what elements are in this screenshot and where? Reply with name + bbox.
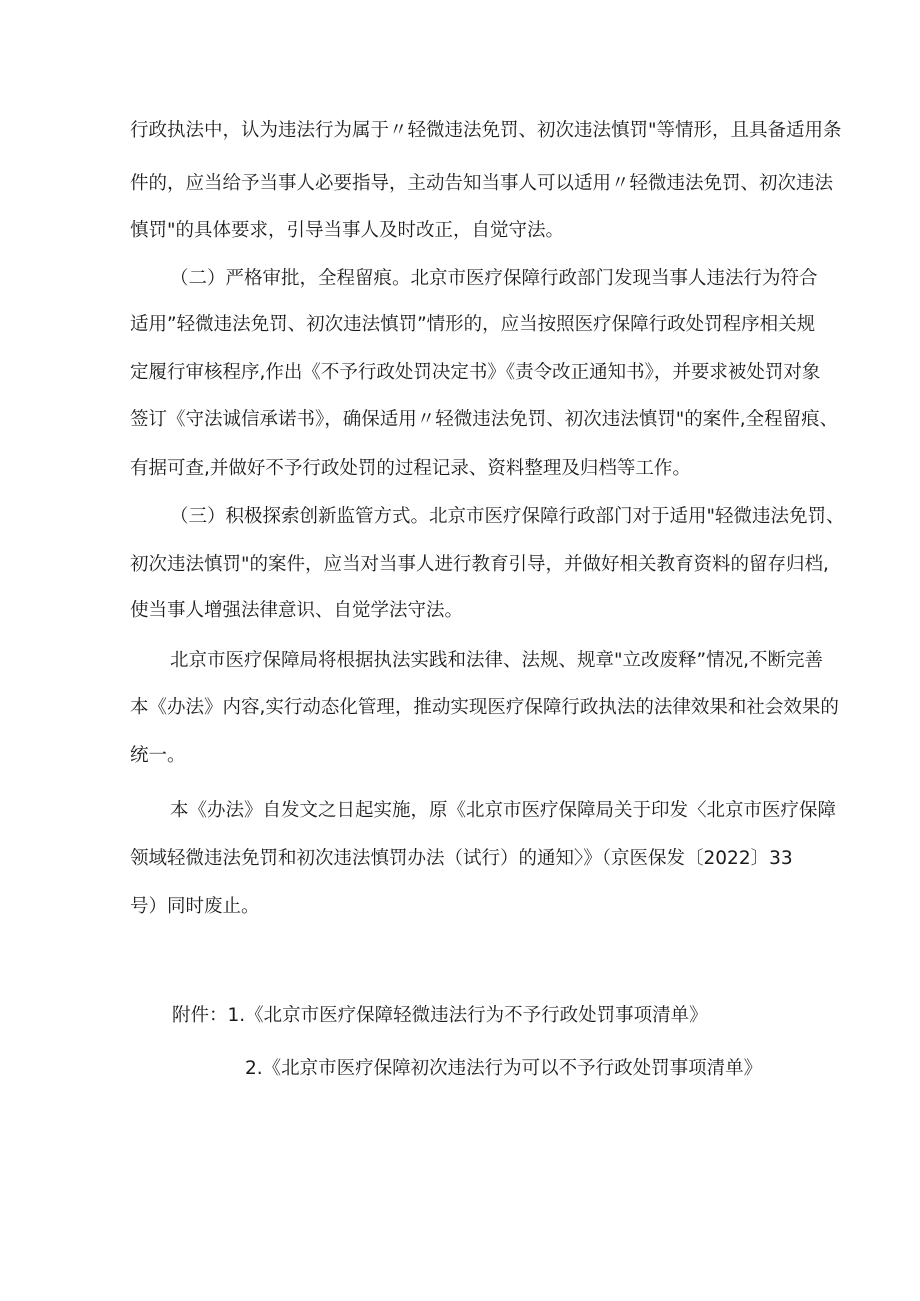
text-line: 件的，应当给予当事人必要指导，主动告知当事人可以适用〃轻微违法免罚、初次违法 xyxy=(130,171,794,197)
text-line: 使当事人增强法律意识、自觉学法守法。 xyxy=(130,598,794,624)
text-line: 适用”轻微违法免罚、初次违法慎罚”情形的，应当按照医疗保障行政处罚程序相关规 xyxy=(130,312,794,338)
text-line: 领域轻微违法免罚和初次违法慎罚办法（试行）的通知〉》（京医保发〔2022〕33 xyxy=(130,846,794,872)
text-line: 本《办法》自发文之日起实施，原《北京市医疗保障局关于印发〈北京市医疗保障 xyxy=(170,798,794,824)
section-heading-line: （二）严格审批，全程留痕。北京市医疗保障行政部门发现当事人违法行为符合 xyxy=(170,266,794,292)
section-heading-line: （三）积极探索创新监管方式。北京市医疗保障行政部门对于适用"轻微违法免罚、 xyxy=(170,504,794,530)
text-line: 签订《守法诚信承诺书》，确保适用〃轻微违法免罚、初次违法慎罚"的案件,全程留痕、 xyxy=(130,407,794,433)
text-line: 定履行审核程序,作出《不予行政处罚决定书》《责令改正通知书》，并要求被处罚对象 xyxy=(130,360,794,386)
attachment-item-2: 2.《北京市医疗保障初次违法行为可以不予行政处罚事项清单》 xyxy=(245,1056,909,1082)
document-page: 行政执法中，认为违法行为属于〃轻微违法免罚、初次违法慎罚"等情形，且具备适用条 … xyxy=(0,0,920,1301)
attachment-title: 2.《北京市医疗保障初次违法行为可以不予行政处罚事项清单》 xyxy=(245,1058,762,1079)
text-line: 初次违法慎罚"的案件，应当对当事人进行教育引导，并做好相关教育资料的留存归档, xyxy=(130,552,794,578)
text-line: 行政执法中，认为违法行为属于〃轻微违法免罚、初次违法慎罚"等情形，且具备适用条 xyxy=(130,118,794,144)
text-line: 北京市医疗保障局将根据执法实践和法律、法规、规章"立改废释”情况,不断完善 xyxy=(170,648,794,674)
text-line: 号）同时废止。 xyxy=(130,894,794,920)
text-line: 慎罚"的具体要求，引导当事人及时改正，自觉守法。 xyxy=(130,218,794,244)
attachments-label: 附件： xyxy=(172,1005,228,1026)
text-line: 本《办法》内容,实行动态化管理，推动实现医疗保障行政执法的法律效果和社会效果的 xyxy=(130,695,794,721)
attachment-item-1: 附件：1.《北京市医疗保障轻微违法行为不予行政处罚事项清单》 xyxy=(172,1003,836,1029)
text-line: 统一。 xyxy=(130,743,794,769)
text-line: 有据可查,并做好不予行政处罚的过程记录、资料整理及归档等工作。 xyxy=(130,456,794,482)
attachment-title: 1.《北京市医疗保障轻微违法行为不予行政处罚事项清单》 xyxy=(228,1005,708,1026)
